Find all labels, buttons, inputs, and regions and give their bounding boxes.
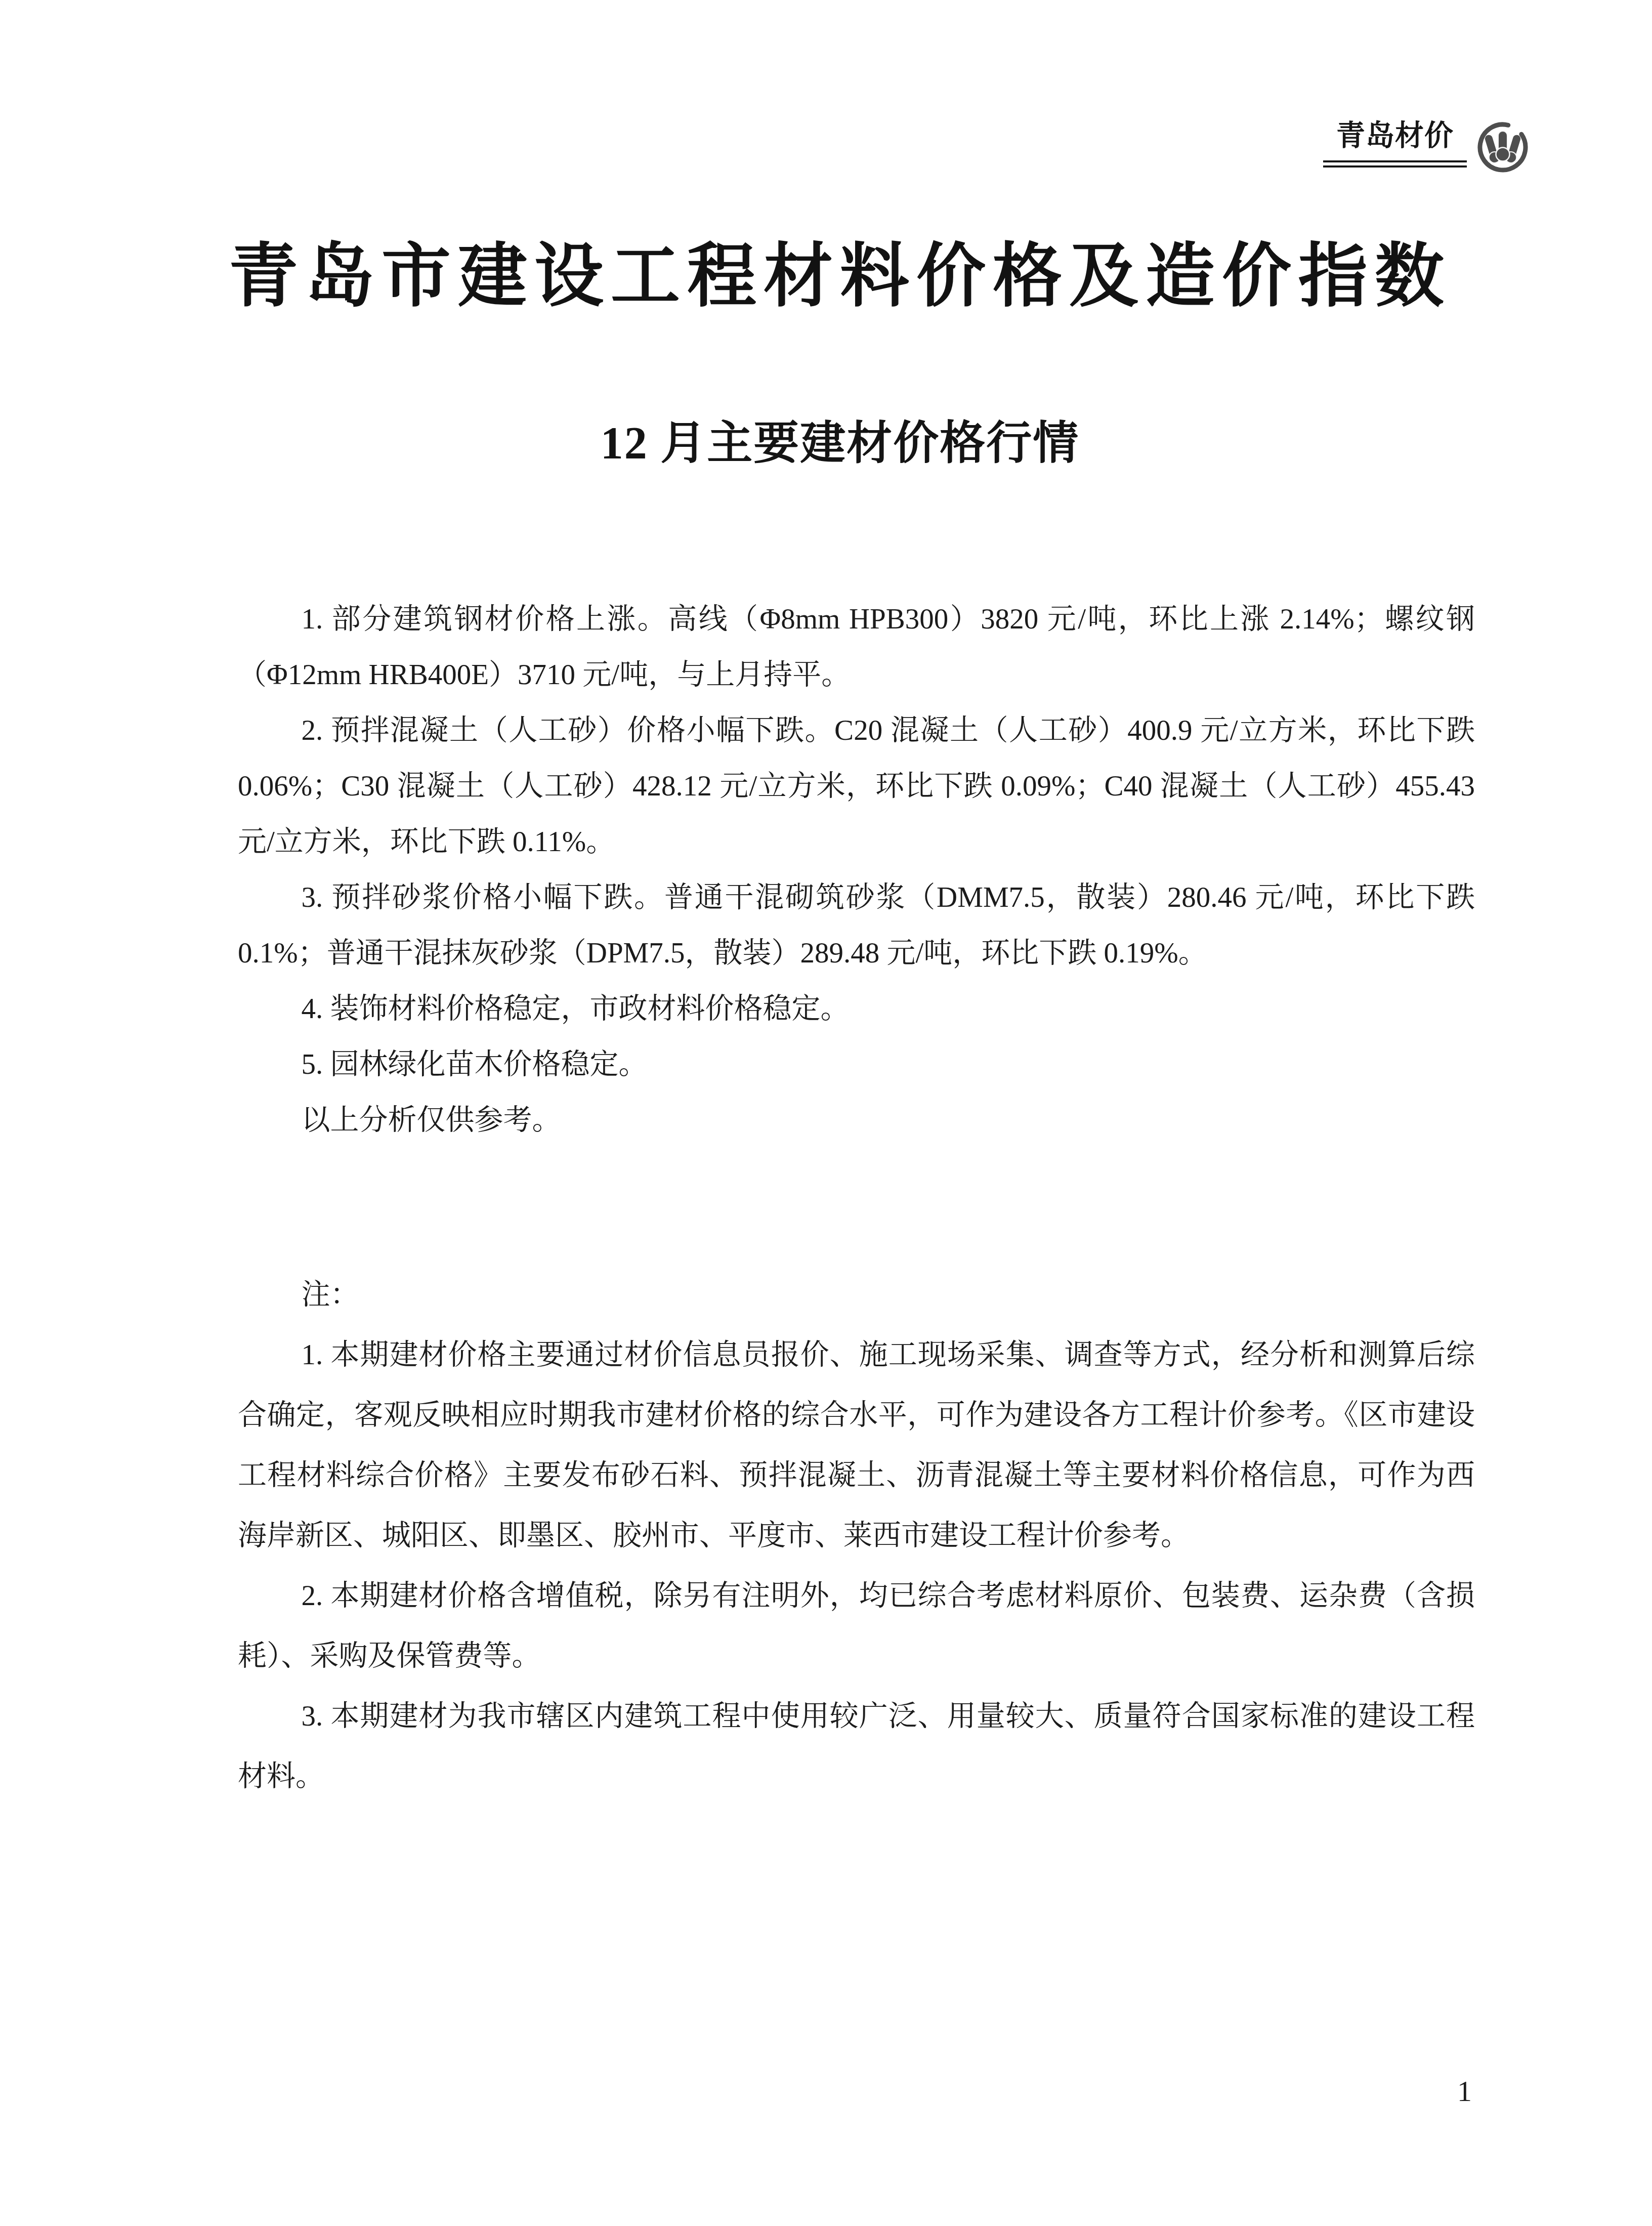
page-header: 青岛材价 [1323, 120, 1530, 174]
brand-block: 青岛材价 [1323, 120, 1467, 167]
note-item-1: 1. 本期建材价格主要通过材价信息员报价、施工现场采集、调查等方式，经分析和测算… [238, 1325, 1475, 1566]
note-item-2: 2. 本期建材价格含增值税，除另有注明外，均已综合考虑材料原价、包装费、运杂费（… [238, 1566, 1475, 1686]
note-item-3: 3. 本期建材为我市辖区内建筑工程中使用较广泛、用量较大、质量符合国家标准的建设… [238, 1686, 1475, 1807]
analysis-paragraph-1: 1. 部分建筑钢材价格上涨。高线（Φ8mm HPB300）3820 元/吨，环比… [238, 592, 1475, 703]
document-page: 青岛材价 青岛市建设工程材料价格及造价指数 12 月主要建材价格行情 1. 部分… [0, 0, 1652, 2226]
notes-label: 注： [238, 1265, 1475, 1325]
analysis-paragraph-4: 4. 装饰材料价格稳定，市政材料价格稳定。 [238, 981, 1475, 1037]
page-number: 1 [1457, 2077, 1472, 2106]
notes-section: 注： 1. 本期建材价格主要通过材价信息员报价、施工现场采集、调查等方式，经分析… [238, 1265, 1475, 1807]
price-analysis-section: 1. 部分建筑钢材价格上涨。高线（Φ8mm HPB300）3820 元/吨，环比… [238, 592, 1475, 1148]
brand-double-underline [1323, 160, 1467, 167]
analysis-disclaimer: 以上分析仅供参考。 [238, 1093, 1475, 1148]
page-title: 青岛市建设工程材料价格及造价指数 [202, 242, 1477, 311]
brand-title: 青岛材价 [1323, 121, 1467, 150]
analysis-paragraph-5: 5. 园林绿化苗木价格稳定。 [238, 1037, 1475, 1093]
page-subtitle: 12 月主要建材价格行情 [202, 421, 1477, 467]
steel-pipes-logo-icon [1476, 120, 1530, 174]
analysis-paragraph-3: 3. 预拌砂浆价格小幅下跌。普通干混砌筑砂浆（DMM7.5，散装）280.46 … [238, 870, 1475, 981]
analysis-paragraph-2: 2. 预拌混凝土（人工砂）价格小幅下跌。C20 混凝土（人工砂）400.9 元/… [238, 703, 1475, 870]
